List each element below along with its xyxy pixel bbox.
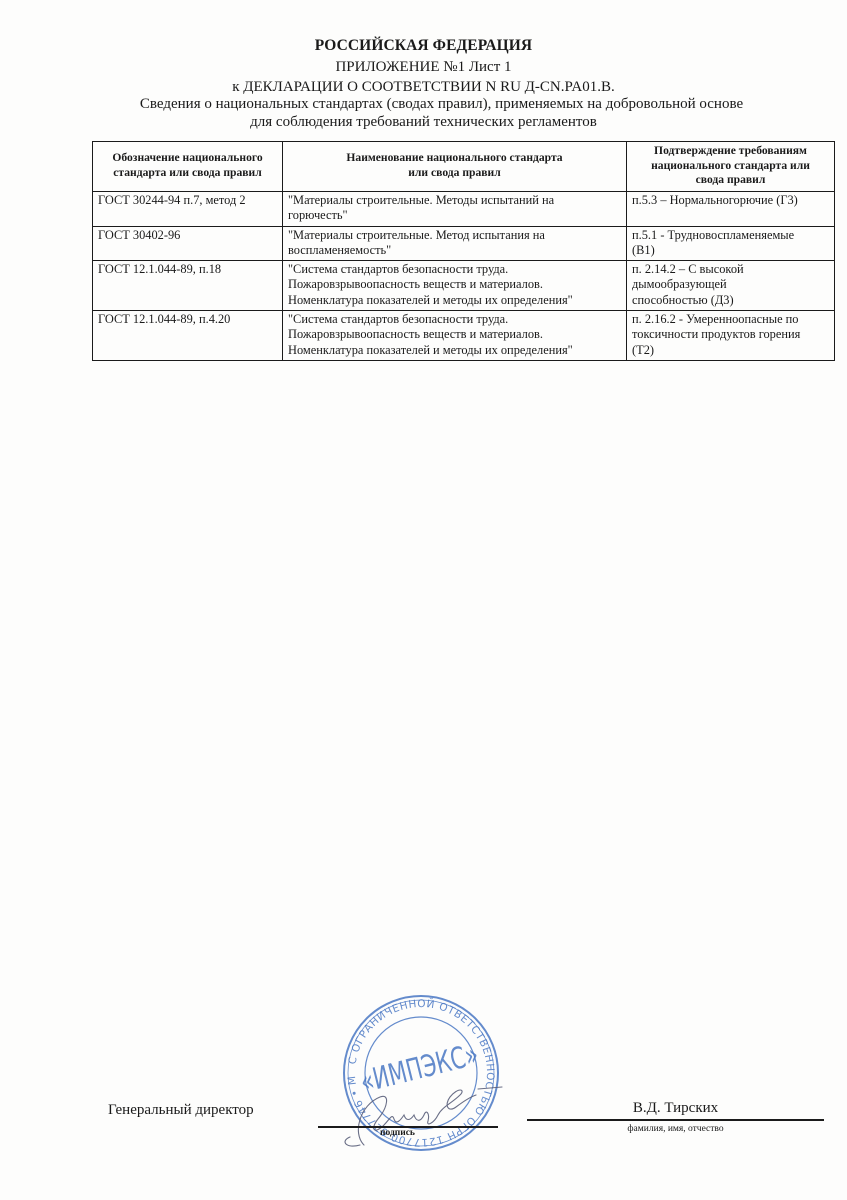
cell-text-line: свода правил — [632, 173, 829, 188]
name-caption: фамилия, имя, отчество — [527, 1124, 824, 1134]
cell-text-line: Пожаровзрывоопасность веществ и материал… — [288, 327, 621, 343]
signature-caption: подпись — [380, 1128, 415, 1138]
signatory-name: В.Д. Тирских — [527, 1100, 824, 1117]
cell-text-line: токсичности продуктов горения — [632, 327, 829, 343]
cell-confirmation: п. 2.16.2 - Умеренноопасные потоксичност… — [627, 310, 835, 360]
cell-text-line: (Т2) — [632, 343, 829, 359]
cell-text-line: Номенклатура показателей и методы их опр… — [288, 343, 621, 359]
cell-text-line: горючесть" — [288, 208, 621, 224]
table-row: ГОСТ 12.1.044-89, п.18 "Система стандарт… — [93, 260, 835, 310]
cell-confirmation: п.5.3 – Нормальногорючие (Г3) — [627, 191, 835, 226]
cell-text-line: п.5.1 - Трудновоспламеняемые — [632, 228, 829, 244]
cell-text-line: п. 2.16.2 - Умеренноопасные по — [632, 312, 829, 328]
cell-designation: ГОСТ 12.1.044-89, п.4.20 — [93, 310, 283, 360]
cell-text-line: Подтверждение требованиям — [632, 144, 829, 159]
cell-text-line: или свода правил — [288, 166, 621, 181]
cell-text-line: Наименование национального стандарта — [288, 151, 621, 166]
table-row: ГОСТ 30402-96 "Материалы строительные. М… — [93, 226, 835, 260]
cell-designation: ГОСТ 12.1.044-89, п.18 — [93, 260, 283, 310]
cell-confirmation: п.5.1 - Трудновоспламеняемые(В1) — [627, 226, 835, 260]
cell-standard-name: "Система стандартов безопасности труда.П… — [283, 310, 627, 360]
cell-text-line: стандарта или свода правил — [98, 166, 277, 181]
cell-text-line: "Система стандартов безопасности труда. — [288, 312, 621, 328]
cell-standard-name: "Система стандартов безопасности труда.П… — [283, 260, 627, 310]
name-line — [527, 1119, 824, 1121]
appendix-title: ПРИЛОЖЕНИЕ №1 Лист 1 — [0, 59, 847, 76]
handwritten-signature — [330, 1075, 510, 1150]
cell-text-line: "Материалы строительные. Методы испытани… — [288, 193, 621, 209]
cell-text-line: "Материалы строительные. Метод испытания… — [288, 228, 621, 244]
table-row: ГОСТ 12.1.044-89, п.4.20 "Система станда… — [93, 310, 835, 360]
subtitle-line-1: Сведения о национальных стандартах (свод… — [18, 96, 847, 113]
cell-text-line: п.5.3 – Нормальногорючие (Г3) — [632, 193, 829, 209]
table-row: ГОСТ 30244-94 п.7, метод 2 "Материалы ст… — [93, 191, 835, 226]
cell-text-line: Пожаровзрывоопасность веществ и материал… — [288, 277, 621, 293]
cell-text-line: способностью (Д3) — [632, 293, 829, 309]
cell-standard-name: "Материалы строительные. Методы испытани… — [283, 191, 627, 226]
cell-text-line: воспламеняемость" — [288, 243, 621, 259]
cell-confirmation: п. 2.14.2 – С высокойдымообразующейспосо… — [627, 260, 835, 310]
cell-text-line: дымообразующей — [632, 277, 829, 293]
cell-text-line: п. 2.14.2 – С высокой — [632, 262, 829, 278]
cell-designation: ГОСТ 30402-96 — [93, 226, 283, 260]
cell-text-line: национального стандарта или — [632, 159, 829, 174]
cell-text-line: (В1) — [632, 243, 829, 259]
table-header-row: Обозначение национальногостандарта или с… — [93, 142, 835, 192]
signatory-position: Генеральный директор — [108, 1102, 254, 1119]
document-country-heading: РОССИЙСКАЯ ФЕДЕРАЦИЯ — [0, 37, 847, 55]
cell-text-line: "Система стандартов безопасности труда. — [288, 262, 621, 278]
cell-designation: ГОСТ 30244-94 п.7, метод 2 — [93, 191, 283, 226]
cell-text-line: Обозначение национального — [98, 151, 277, 166]
column-header-designation: Обозначение национальногостандарта или с… — [93, 142, 283, 192]
cell-text-line: Номенклатура показателей и методы их опр… — [288, 293, 621, 309]
subtitle-line-2: для соблюдения требований технических ре… — [0, 114, 847, 131]
declaration-reference: к ДЕКЛАРАЦИИ О СООТВЕТСТВИИ N RU Д-CN.PA… — [0, 79, 847, 96]
column-header-confirmation: Подтверждение требованиямнационального с… — [627, 142, 835, 192]
standards-table: Обозначение национальногостандарта или с… — [92, 141, 835, 361]
column-header-name: Наименование национального стандартаили … — [283, 142, 627, 192]
cell-standard-name: "Материалы строительные. Метод испытания… — [283, 226, 627, 260]
